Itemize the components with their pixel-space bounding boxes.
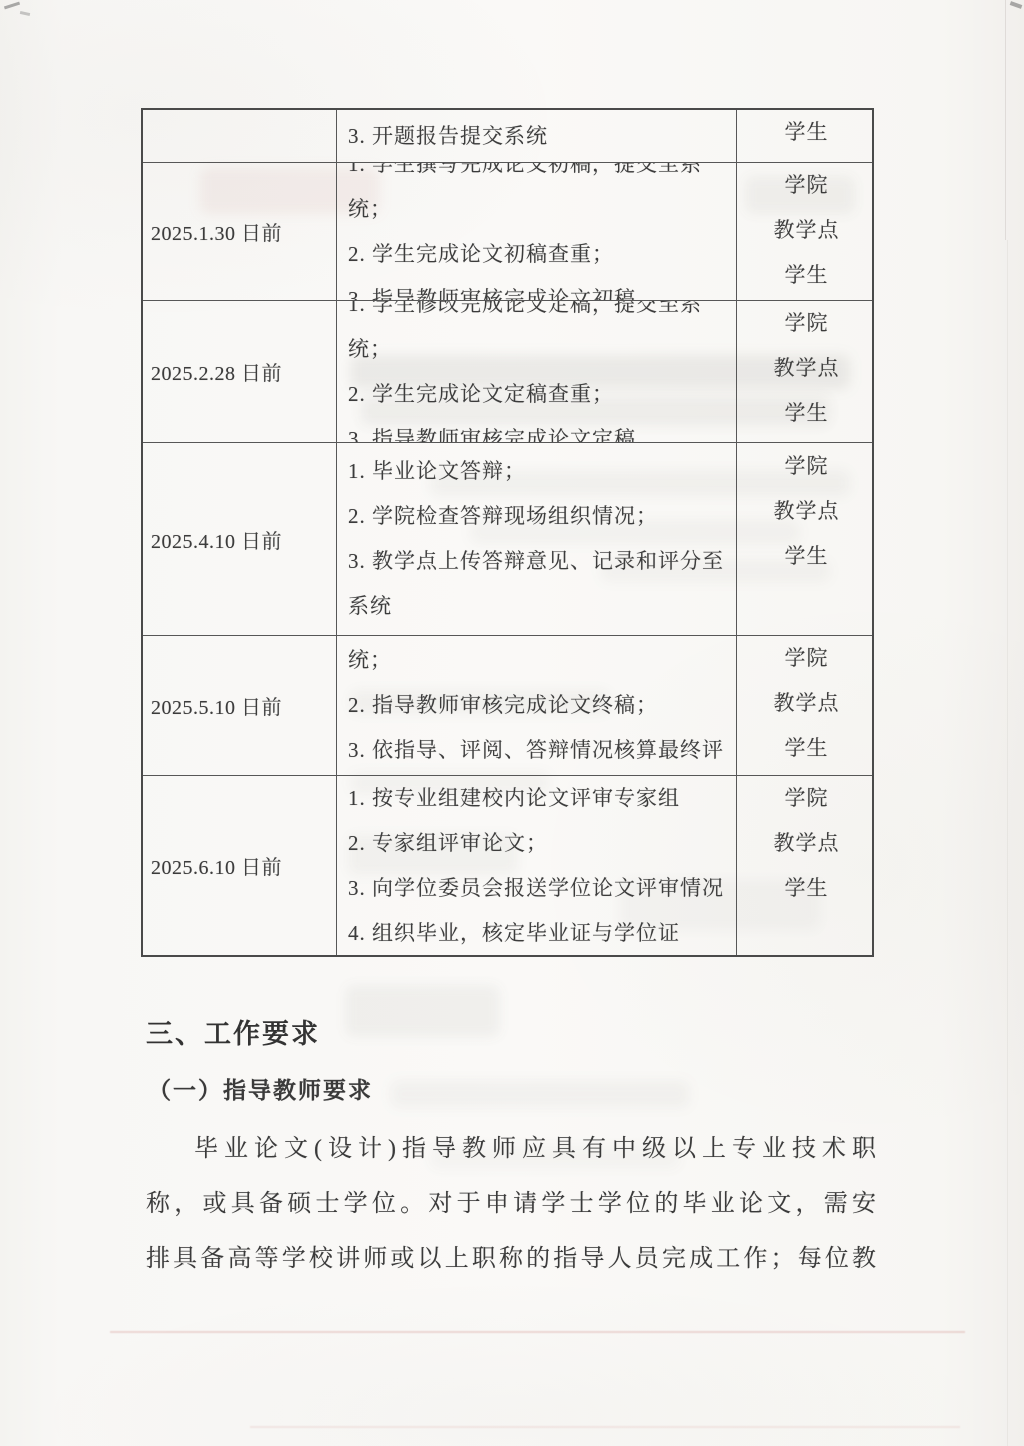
tasks-cell: 3. 开题报告提交系统 — [337, 110, 737, 162]
bleedthrough-rule-line — [110, 1331, 965, 1333]
table-row: 2025.2.28 日前1. 学生修改完成论文定稿，提交至系统；2. 学生完成论… — [143, 300, 872, 442]
table-row: 2025.1.30 日前1. 学生撰写完成论文初稿，提交至系统；2. 学生完成论… — [143, 162, 872, 300]
deadline-text: 2025.6.10 日前 — [151, 851, 282, 880]
date-cell — [143, 110, 337, 162]
task-item: 3. 教学点上传答辩意见、记录和评分至系统 — [348, 539, 730, 629]
role-label: 学生 — [737, 534, 876, 579]
role-label: 学院 — [737, 444, 876, 489]
task-item: 3. 向学位委员会报送学位论文评审情况 — [348, 866, 730, 911]
page-edge-line — [1007, 240, 1008, 1446]
role-label: 教学点 — [737, 208, 876, 253]
task-item: 1. 学生撰写完成论文初稿，提交至系统； — [348, 163, 730, 232]
responsible-cell: 学院教学点学生 — [737, 636, 876, 775]
page-edge-line — [1005, 0, 1006, 240]
deadline-text: 2025.5.10 日前 — [151, 691, 282, 720]
role-label: 学院 — [737, 301, 876, 346]
date-cell: 2025.5.10 日前 — [143, 636, 337, 775]
role-label: 学院 — [737, 776, 876, 821]
paragraph-line: 称，或具备硕士学位。对于申请学士学位的毕业论文，需安 — [146, 1177, 878, 1232]
responsible-labels: 学院教学点学生 — [737, 776, 876, 911]
role-label: 教学点 — [737, 821, 876, 866]
role-label: 学生 — [737, 726, 876, 771]
scan-corner-mark — [4, 2, 20, 10]
table-row: 3. 开题报告提交系统学生 — [143, 110, 872, 162]
role-label: 学院 — [737, 163, 876, 208]
role-label: 教学点 — [737, 489, 876, 534]
bleedthrough-mark — [390, 1080, 690, 1108]
task-item: 3. 开题报告提交系统 — [348, 114, 730, 159]
task-item: 2. 学院检查答辩现场组织情况； — [348, 494, 730, 539]
date-cell: 2025.1.30 日前 — [143, 163, 337, 300]
task-item: 2. 指导教师审核完成论文终稿； — [348, 683, 730, 728]
task-item: 1. 按专业组建校内论文评审专家组 — [348, 776, 730, 821]
tasks-cell: 1. 学生撰写完成论文初稿，提交至系统；2. 学生完成论文初稿查重；3. 指导教… — [337, 163, 737, 300]
task-item: 3. 指导教师审核完成论文定稿 — [348, 417, 730, 443]
responsible-labels: 学生 — [737, 110, 876, 155]
scan-corner-mark — [1010, 1, 1023, 9]
section-heading: 三、工作要求 — [146, 1012, 320, 1051]
task-item: 2. 学生完成论文初稿查重； — [348, 232, 730, 277]
bleedthrough-rule-line — [250, 1426, 960, 1428]
tasks-cell: 1. 学生修改完成论文定稿，提交至系统；2. 学生完成论文定稿查重；3. 指导教… — [337, 301, 737, 442]
table-row: 2025.4.10 日前1. 毕业论文答辩；2. 学院检查答辩现场组织情况；3.… — [143, 442, 872, 635]
scan-corner-mark — [20, 11, 30, 16]
section-subheading: （一）指导教师要求 — [148, 1072, 373, 1105]
deadline-text: 2025.4.10 日前 — [151, 525, 282, 554]
date-cell: 2025.4.10 日前 — [143, 443, 337, 635]
responsible-cell: 学院教学点学生 — [737, 443, 876, 635]
tasks-cell: 1. 毕业论文答辩；2. 学院检查答辩现场组织情况；3. 教学点上传答辩意见、记… — [337, 443, 737, 635]
role-label: 学院 — [737, 636, 876, 681]
responsible-cell: 学院教学点学生 — [737, 163, 876, 300]
role-label: 学生 — [737, 110, 876, 155]
tasks-cell: 1. 按专业组建校内论文评审专家组2. 专家组评审论文；3. 向学位委员会报送学… — [337, 776, 737, 955]
role-label: 学生 — [737, 253, 876, 298]
task-item: 3. 依指导、评阅、答辩情况核算最终评分 — [348, 728, 730, 775]
table-row: 2025.5.10 日前1. 学生修改完成论文终稿，提交至系统；2. 指导教师审… — [143, 635, 872, 775]
bleedthrough-mark — [345, 985, 500, 1037]
responsible-labels: 学院教学点学生 — [737, 301, 876, 436]
date-cell: 2025.2.28 日前 — [143, 301, 337, 442]
task-item: 2. 学生完成论文定稿查重； — [348, 372, 730, 417]
responsible-labels: 学院教学点学生 — [737, 636, 876, 771]
task-item: 1. 学生修改完成论文定稿，提交至系统； — [348, 301, 730, 372]
task-item: 1. 毕业论文答辩； — [348, 449, 730, 494]
responsible-cell: 学院教学点学生 — [737, 301, 876, 442]
schedule-table: 3. 开题报告提交系统学生2025.1.30 日前1. 学生撰写完成论文初稿，提… — [141, 108, 874, 957]
responsible-labels: 学院教学点学生 — [737, 443, 876, 579]
responsible-cell: 学院教学点学生 — [737, 776, 876, 955]
paragraph-line: 毕业论文(设计)指导教师应具有中级以上专业技术职 — [146, 1122, 878, 1177]
responsible-labels: 学院教学点学生 — [737, 163, 876, 298]
scanned-document-page: 3. 开题报告提交系统学生2025.1.30 日前1. 学生撰写完成论文初稿，提… — [0, 0, 1024, 1446]
task-item: 1. 学生修改完成论文终稿，提交至系统； — [348, 636, 730, 683]
paragraph-line: 排具备高等学校讲师或以上职称的指导人员完成工作；每位教 — [146, 1232, 878, 1287]
body-paragraph: 毕业论文(设计)指导教师应具有中级以上专业技术职称，或具备硕士学位。对于申请学士… — [146, 1122, 878, 1287]
table-row: 2025.6.10 日前1. 按专业组建校内论文评审专家组2. 专家组评审论文；… — [143, 775, 872, 955]
tasks-cell: 1. 学生修改完成论文终稿，提交至系统；2. 指导教师审核完成论文终稿；3. 依… — [337, 636, 737, 775]
task-item: 3. 指导教师审核完成论文初稿 — [348, 277, 730, 301]
role-label: 学生 — [737, 391, 876, 436]
responsible-cell: 学生 — [737, 110, 876, 162]
role-label: 教学点 — [737, 346, 876, 391]
deadline-text: 2025.1.30 日前 — [151, 217, 282, 246]
role-label: 学生 — [737, 866, 876, 911]
deadline-text: 2025.2.28 日前 — [151, 357, 282, 386]
date-cell: 2025.6.10 日前 — [143, 776, 337, 955]
role-label: 教学点 — [737, 681, 876, 726]
task-item: 2. 专家组评审论文； — [348, 821, 730, 866]
task-item: 4. 组织毕业，核定毕业证与学位证 — [348, 911, 730, 956]
